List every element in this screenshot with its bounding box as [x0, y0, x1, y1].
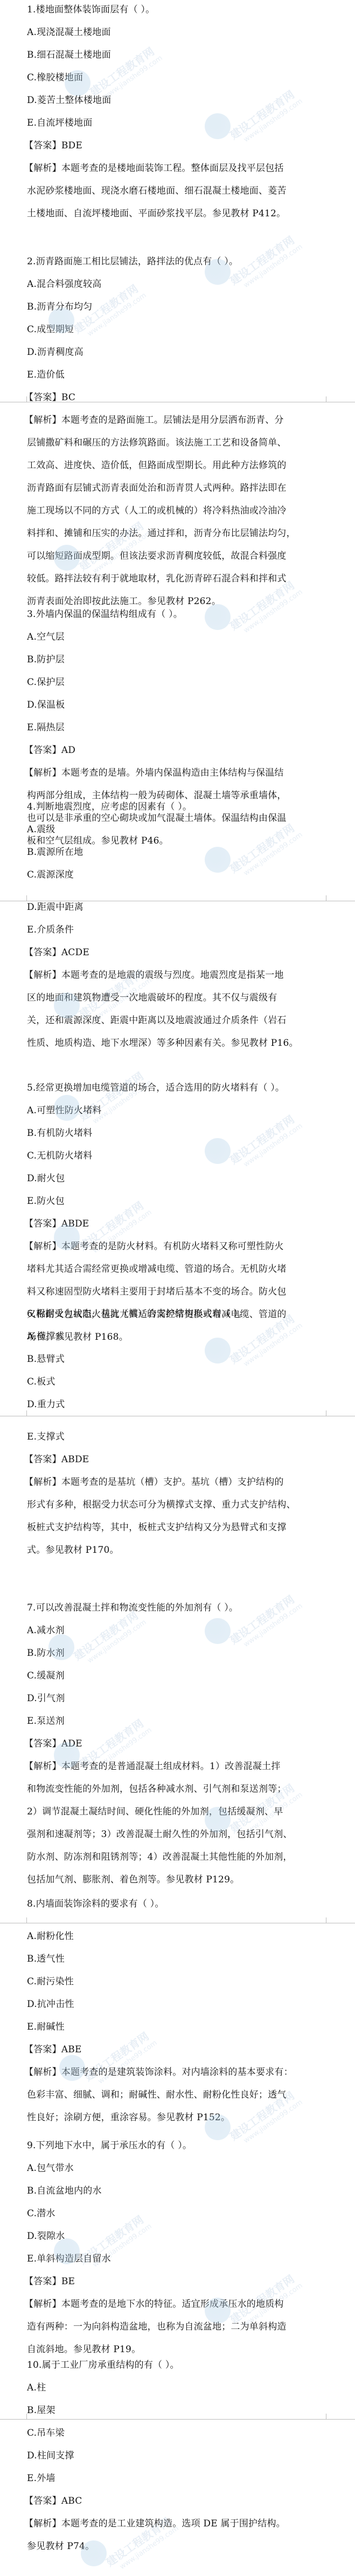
- exam-document: 1.楼地面整体装饰面层有（ ）。A.现浇混凝土楼地面B.细石混凝土楼地面C.橡胶…: [0, 0, 355, 2556]
- answer-label: 【答案】: [24, 1738, 61, 1749]
- answer-option: A.可塑性防火堵料: [27, 1104, 329, 1117]
- answer-value: ACDE: [61, 947, 89, 958]
- explanation-line: 【解析】本题考查的是墙。外墙内保温构造由主体结构与保温结: [24, 766, 326, 779]
- explanation-line: 【解析】本题考查的是防火材料。有机防火堵料又称可塑性防火: [24, 1240, 326, 1253]
- page-corner-mark: [15, 2414, 27, 2420]
- question-stem: 6.根据受力状态，基坑（槽）的支护结构形式有（ ）。: [27, 1307, 329, 1320]
- answer-option: E.介质条件: [27, 923, 329, 936]
- explanation-line: 工效高、进度快、造价低，但路面成型期长。用此种方法修筑的: [27, 459, 329, 472]
- explanation-line: 较低。路拌法较有利于就地取材，乳化沥青碎石混合料和拌和式: [27, 572, 329, 585]
- explanation-line: 性质、地质构造、地下水埋深）等多种因素有关。参见教材 P16。: [27, 1037, 329, 1050]
- explanation-line: 水泥砂浆楼地面、现浇水磨石楼地面、细石混凝土楼地面、菱苦: [27, 184, 329, 197]
- explanation-line: 料又称速固型防火堵料主要用于封堵后基本不变的场合。防火包: [27, 1285, 329, 1298]
- answer-label: 【答案】: [24, 2044, 61, 2055]
- question-stem: 5.经常更换增加电缆管道的场合，适合选用的防火堵料有（ ）。: [27, 1081, 329, 1094]
- question-stem: 9.下列地下水中，属于承压水的有（ ）。: [27, 2139, 329, 2152]
- answer-option: A.减水剂: [27, 1624, 329, 1637]
- answer-option: D.保温板: [27, 698, 329, 711]
- answer-option: E.隔热层: [27, 721, 329, 734]
- answer-option: D.抗冲击性: [27, 1998, 329, 2011]
- explanation-line: 沥青路面有层铺式沥青表面处治和沥青贯人式两种。路拌法即在: [27, 482, 329, 495]
- answer-option: E.耐碱性: [27, 2020, 329, 2033]
- answer-option: B.悬臂式: [27, 1353, 329, 1366]
- page-corner-mark: [15, 1917, 27, 1923]
- watermark: 建设工程教育网www.jianshe99.com: [75, 1066, 154, 1131]
- answer-option: E.自流坪楼地面: [27, 117, 329, 129]
- answer-option: A.耐粉化性: [27, 1930, 329, 1943]
- watermark: 建设工程教育网www.jianshe99.com: [75, 516, 154, 580]
- explanation-line: 层铺撒矿料和碾压的方法修筑路面。该法施工工艺和设备简单、: [27, 436, 329, 449]
- watermark: 建设工程教育网www.jianshe99.com: [226, 1589, 304, 1654]
- answer-label: 【答案】: [24, 745, 61, 756]
- explanation-line: 堵料尤其适合需经常更换或增减电缆、管道的场合。无机防火堵: [27, 1263, 329, 1276]
- answer-option: E.支撑式: [27, 1430, 329, 1443]
- answer-option: B.透气性: [27, 1952, 329, 1965]
- explanation-line: 【解析】本题考查的是地震的震级与烈度。地震烈度是指某一地: [24, 969, 326, 982]
- page-corner-mark: [326, 2414, 338, 2420]
- answer-option: C.吊车梁: [27, 2427, 329, 2440]
- answer-option: C.保护层: [27, 676, 329, 689]
- answer-option: E.泵送剂: [27, 1715, 329, 1728]
- answer-label: 【答案】: [24, 2496, 61, 2506]
- explanation-line: 【解析】本题考查的是建筑装饰涂料。对内墙涂料的基本要求有：: [24, 2066, 326, 2079]
- page-corner-mark: [326, 895, 338, 901]
- answer-value: BC: [61, 392, 75, 403]
- explanation-line: 料拌和、摊铺和压实的办法。通过拌和，沥青分布比层铺法均匀，: [27, 527, 329, 540]
- answer-option: E.造价低: [27, 368, 329, 381]
- answer-value: ADE: [61, 1738, 82, 1749]
- answer-option: A.现浇混凝土楼地面: [27, 26, 329, 39]
- answer-value: ABE: [61, 2044, 82, 2055]
- watermark: 建设工程教育网www.jianshe99.com: [226, 1109, 304, 1174]
- explanation-line: 色彩丰富、细腻、调和；耐碱性、耐水性、耐粉化性良好；透气: [27, 2088, 329, 2101]
- answer-option: A.混合料强度较高: [27, 278, 329, 291]
- answer-option: B.有机防火堵料: [27, 1127, 329, 1140]
- explanation-line: 区的地面和建筑物遭受一次地震破坏的程度。其不仅与震级有: [27, 991, 329, 1004]
- answer-label: 【答案】: [24, 1454, 61, 1465]
- explanation-line: 自流斜地。参见教材 P19。: [27, 2343, 329, 2356]
- explanation-line: 【解析】本题考查的是楼地面装饰工程。整体面层及找平层包括: [24, 162, 326, 175]
- answer-label: 【答案】: [24, 2276, 61, 2287]
- explanation-line: 【解析】本题考查的是工业建筑构造。选项 DE 属于围护结构。: [24, 2517, 326, 2530]
- explanation-line: 关，还和震源深度、距震中距离以及地震波通过介质条件（岩石: [27, 1014, 329, 1027]
- answer-option: C.无机防火堵料: [27, 1149, 329, 1162]
- answer-value: BE: [61, 2276, 75, 2287]
- explanation-line: 和物流变性能的外加剂，包括各种减水剂、引气剂和泵送剂等；: [27, 1783, 329, 1796]
- explanation-line: 形式有多种，根据受力状态可分为横撑式支撑、重力式支护结构、: [27, 1498, 329, 1511]
- answer-option: C.缓凝剂: [27, 1669, 329, 1682]
- answer-option: D.沥青稠度高: [27, 346, 329, 359]
- page-break-line: [0, 1923, 355, 1923]
- answer-value: AD: [61, 745, 75, 756]
- explanation-line: 性良好；涂刷方便，重涂容易。参见教材 P152。: [27, 2111, 329, 2124]
- answer-key: 【答案】BDE: [24, 139, 326, 152]
- answer-value: ABDE: [61, 1218, 89, 1229]
- answer-option: D.菱苦土整体楼地面: [27, 94, 329, 107]
- answer-option: E.外墙: [27, 2472, 329, 2485]
- answer-key: 【答案】ABDE: [24, 1453, 326, 1466]
- page-break-line: [0, 1416, 355, 1416]
- answer-label: 【答案】: [24, 1218, 61, 1229]
- answer-option: E.防火包: [27, 1195, 329, 1208]
- answer-value: ABDE: [61, 1454, 89, 1465]
- answer-option: C.震源深度: [27, 868, 329, 881]
- answer-option: D.引气剂: [27, 1692, 329, 1705]
- explanation-line: 造有两种：一为向斜构造盆地，也称为自流盆地；二为单斜构造: [27, 2320, 329, 2333]
- answer-option: A.包气带水: [27, 2162, 329, 2175]
- page-corner-mark: [326, 1917, 338, 1923]
- page-break-line: [0, 2419, 355, 2420]
- answer-option: B.震源所在地: [27, 846, 329, 859]
- watermark: 建设工程教育网www.jianshe99.com: [70, 1605, 148, 1670]
- explanation-line: 沥青表面处治即按此法施工。参见教材 P262。: [27, 595, 329, 608]
- question-stem: 4.判断地震烈度，应考虑的因素有（ ）。: [27, 800, 329, 813]
- explanation-line: 包括加气剂、膨胀剂、着色剂等。参见教材 P129。: [27, 1873, 329, 1886]
- page-break-line: [0, 901, 355, 901]
- answer-option: C.潜水: [27, 2207, 329, 2220]
- explanation-line: 【解析】本题考查的是路面施工。层铺法是用分层洒布沥青、分: [24, 414, 326, 427]
- page-corner-mark: [15, 396, 27, 402]
- answer-key: 【答案】ABC: [24, 2495, 326, 2508]
- page-break-line: [0, 402, 355, 402]
- answer-option: B.细石混凝土楼地面: [27, 49, 329, 61]
- explanation-line: 【解析】本题考查的是地下水的特征。适宜形成承压水的地质构: [24, 2298, 326, 2311]
- explanation-line: 施工现场以不同的方式（人工的或机械的）将冷料热油或冷油冷: [27, 504, 329, 517]
- answer-label: 【答案】: [24, 947, 61, 958]
- question-stem: 7.可以改善混凝土拌和物流变性能的外加剂有（ ）。: [27, 1601, 329, 1614]
- answer-option: B.自流盆地内的水: [27, 2184, 329, 2197]
- page-corner-mark: [326, 1410, 338, 1416]
- explanation-line: 防水剂、防冻剂和阻锈剂等；4）改善混凝土其他性能的外加剂，: [27, 1851, 329, 1864]
- answer-option: A.横撑式: [27, 1330, 329, 1343]
- answer-value: BDE: [61, 140, 82, 151]
- question-stem: 1.楼地面整体装饰面层有（ ）。: [27, 3, 329, 16]
- answer-key: 【答案】AD: [24, 744, 326, 757]
- answer-option: D.距震中距离: [27, 901, 329, 914]
- answer-key: 【答案】ADE: [24, 1737, 326, 1750]
- answer-label: 【答案】: [24, 140, 61, 151]
- answer-option: B.屋架: [27, 2404, 329, 2417]
- explanation-line: 可以缩短路面成型期。但该法要求沥青稠度较低，故混合料强度: [27, 550, 329, 563]
- question-stem: 10.属于工业厂房承重结构的有（ ）。: [27, 2359, 329, 2372]
- answer-option: D.耐火包: [27, 1172, 329, 1185]
- explanation-line: 强剂和速凝剂等；3）改善混凝土耐久性的外加剂，包括引气剂、: [27, 1828, 329, 1841]
- page-corner-mark: [15, 895, 27, 901]
- question-stem: 2.沥青路面施工相比层铺法，路拌法的优点有（ ）。: [27, 255, 329, 268]
- page-corner-mark: [15, 1410, 27, 1416]
- answer-option: B.沥青分布均匀: [27, 300, 329, 313]
- answer-option: A.震级: [27, 823, 329, 836]
- answer-option: E.单斜构造层自留水: [27, 2252, 329, 2265]
- page-corner-mark: [326, 396, 338, 402]
- explanation-line: 式。参见教材 P170。: [27, 1544, 329, 1557]
- explanation-line: 【解析】本题考查的是基坑（槽）支护。基坑（槽）支护结构的: [24, 1476, 326, 1489]
- explanation-line: 【解析】本题考查的是普通混凝土组成材料。1）改善混凝土拌: [24, 1760, 326, 1773]
- answer-option: C.橡胶楼地面: [27, 71, 329, 84]
- answer-option: B.防水剂: [27, 1647, 329, 1660]
- question-stem: 3.外墙内保温的保温结构组成有（ ）。: [27, 608, 329, 621]
- answer-option: B.防护层: [27, 653, 329, 666]
- answer-option: D.裂隙水: [27, 2230, 329, 2243]
- answer-option: C.成型期短: [27, 323, 329, 336]
- answer-key: 【答案】BE: [24, 2275, 326, 2288]
- answer-option: A.空气层: [27, 631, 329, 643]
- answer-option: C.板式: [27, 1375, 329, 1388]
- answer-key: 【答案】ACDE: [24, 946, 326, 959]
- answer-key: 【答案】ABE: [24, 2043, 326, 2056]
- explanation-line: 2）调节混凝土凝结时间、硬化性能的外加剂，包括缓凝剂、早: [27, 1805, 329, 1818]
- answer-key: 【答案】ABDE: [24, 1217, 326, 1230]
- answer-label: 【答案】: [24, 392, 61, 403]
- answer-option: C.耐污染性: [27, 1975, 329, 1988]
- answer-value: ABC: [61, 2496, 82, 2506]
- question-stem: 8.内墙面装饰涂料的要求有（ ）。: [27, 1897, 329, 1910]
- answer-option: A.柱: [27, 2381, 329, 2394]
- explanation-line: 板桩式支护结构等，其中，板桩式支护结构又分为悬臂式和支撑: [27, 1521, 329, 1534]
- explanation-line: 参见教材 P74。: [27, 2540, 329, 2553]
- explanation-line: 土楼地面、自流坪楼地面、平面砂浆找平层。参见教材 P412。: [27, 207, 329, 220]
- answer-option: D.柱间支撑: [27, 2449, 329, 2462]
- watermark: 建设工程教育网www.jianshe99.com: [81, 2026, 159, 2091]
- answer-option: D.重力式: [27, 1398, 329, 1411]
